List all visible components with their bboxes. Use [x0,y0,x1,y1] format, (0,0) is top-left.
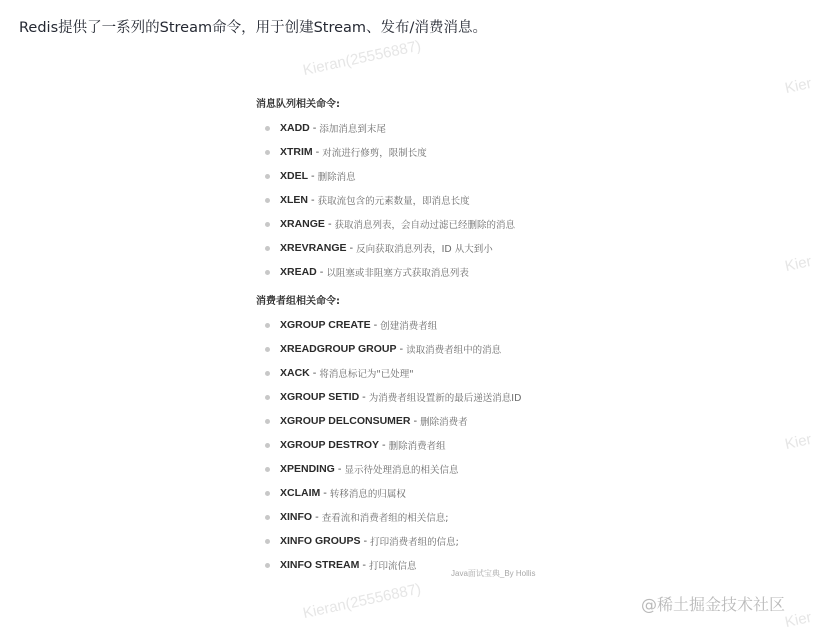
command-name: XREADGROUP GROUP [280,343,397,355]
separator: - [311,195,315,206]
command-description: 以阻塞或非阻塞方式获取消息列表 [326,265,469,279]
command-description: 打印消费者组的信息; [370,534,459,548]
command-name: XACK [280,367,310,379]
command-description: 查看流和消费者组的相关信息; [322,510,449,524]
list-item: XPENDING - 显示待处理消息的相关信息 [265,462,458,476]
bullet-icon [265,395,270,400]
list-item: XTRIM - 对流进行修剪，限制长度 [265,145,427,159]
watermark-partial: Kier [783,431,813,453]
list-item: XGROUP DELCONSUMER - 删除消费者 [265,414,468,428]
command-name: XINFO STREAM [280,559,359,571]
bullet-icon [265,515,270,520]
list-item: XADD - 添加消息到末尾 [265,121,386,135]
list-item: XDEL - 删除消息 [265,169,356,183]
bullet-icon [265,347,270,352]
separator: - [362,560,366,571]
list-item: XLEN - 获取流包含的元素数量，即消息长度 [265,193,470,207]
command-name: XDEL [280,170,308,182]
separator: - [313,123,317,134]
command-description: 转移消息的归属权 [330,486,406,500]
command-description: 将消息标记为"已处理" [319,366,413,380]
separator: - [414,416,418,427]
command-description: 为消费者组设置新的最后递送消息ID [369,390,522,404]
command-description: 显示待处理消息的相关信息 [344,462,458,476]
bullet-icon [265,563,270,568]
command-name: XRANGE [280,218,325,230]
watermark-partial: Kier [783,609,813,631]
command-description: 获取消息列表，会自动过滤已经删除的消息 [335,217,516,231]
list-item: XGROUP CREATE - 创建消费者组 [265,318,437,332]
bullet-icon [265,323,270,328]
separator: - [362,392,366,403]
command-name: XGROUP DELCONSUMER [280,415,411,427]
bullet-icon [265,371,270,376]
command-name: XINFO [280,511,312,523]
list-item: XINFO GROUPS - 打印消费者组的信息; [265,534,459,548]
separator: - [323,488,327,499]
bullet-icon [265,222,270,227]
section-title-message-queue: 消息队列相关命令: [256,95,340,110]
separator: - [313,368,317,379]
bullet-icon [265,174,270,179]
list-item: XREAD - 以阻塞或非阻塞方式获取消息列表 [265,265,469,279]
command-description: 创建消费者组 [380,318,437,332]
bullet-icon [265,270,270,275]
separator: - [328,219,332,230]
bullet-icon [265,150,270,155]
command-description: 对流进行修剪，限制长度 [322,145,427,159]
command-description: 读取消费者组中的消息 [406,342,501,356]
list-item: XREVRANGE - 反向获取消息列表，ID 从大到小 [265,241,493,255]
section-title-consumer-group: 消费者组相关命令: [256,292,340,307]
list-item: XINFO - 查看流和消费者组的相关信息; [265,510,448,524]
bullet-icon [265,246,270,251]
bullet-icon [265,467,270,472]
bullet-icon [265,539,270,544]
command-description: 删除消费者 [420,414,468,428]
command-description: 获取流包含的元素数量，即消息长度 [318,193,470,207]
command-name: XADD [280,122,310,134]
bullet-icon [265,443,270,448]
separator: - [350,243,354,254]
separator: - [320,267,324,278]
command-description: 打印流信息 [369,558,417,572]
list-item: XCLAIM - 转移消息的归属权 [265,486,406,500]
bullet-icon [265,419,270,424]
list-item: XACK - 将消息标记为"已处理" [265,366,414,380]
stream-commands-figure: 消息队列相关命令: XADD - 添加消息到末尾 XTRIM - 对流进行修剪，… [250,60,570,590]
separator: - [400,344,404,355]
command-name: XTRIM [280,146,313,158]
intro-paragraph: Redis提供了一系列的Stream命令，用于创建Stream、发布/消费消息。 [19,16,487,37]
command-name: XGROUP CREATE [280,319,371,331]
separator: - [374,320,378,331]
command-description: 反向获取消息列表，ID 从大到小 [356,241,493,255]
separator: - [338,464,342,475]
brand-watermark: @稀土掘金技术社区 [641,592,785,615]
command-name: XINFO GROUPS [280,535,361,547]
list-item: XREADGROUP GROUP - 读取消费者组中的消息 [265,342,501,356]
separator: - [382,440,386,451]
figure-caption: Java面试宝典_By Hollis [451,568,535,579]
separator: - [311,171,315,182]
command-description: 删除消息 [318,169,356,183]
list-item: XINFO STREAM - 打印流信息 [265,558,416,572]
command-name: XREAD [280,266,317,278]
command-description: 添加消息到末尾 [319,121,386,135]
command-name: XCLAIM [280,487,320,499]
list-item: XGROUP DESTROY - 删除消费者组 [265,438,446,452]
bullet-icon [265,491,270,496]
command-name: XPENDING [280,463,335,475]
list-item: XRANGE - 获取消息列表，会自动过滤已经删除的消息 [265,217,515,231]
bullet-icon [265,198,270,203]
separator: - [364,536,368,547]
command-name: XGROUP SETID [280,391,359,403]
separator: - [316,147,320,158]
separator: - [315,512,319,523]
command-name: XGROUP DESTROY [280,439,379,451]
command-description: 删除消费者组 [389,438,446,452]
command-name: XLEN [280,194,308,206]
watermark-partial: Kier [783,75,813,97]
command-name: XREVRANGE [280,242,347,254]
watermark-partial: Kier [783,253,813,275]
bullet-icon [265,126,270,131]
list-item: XGROUP SETID - 为消费者组设置新的最后递送消息ID [265,390,521,404]
